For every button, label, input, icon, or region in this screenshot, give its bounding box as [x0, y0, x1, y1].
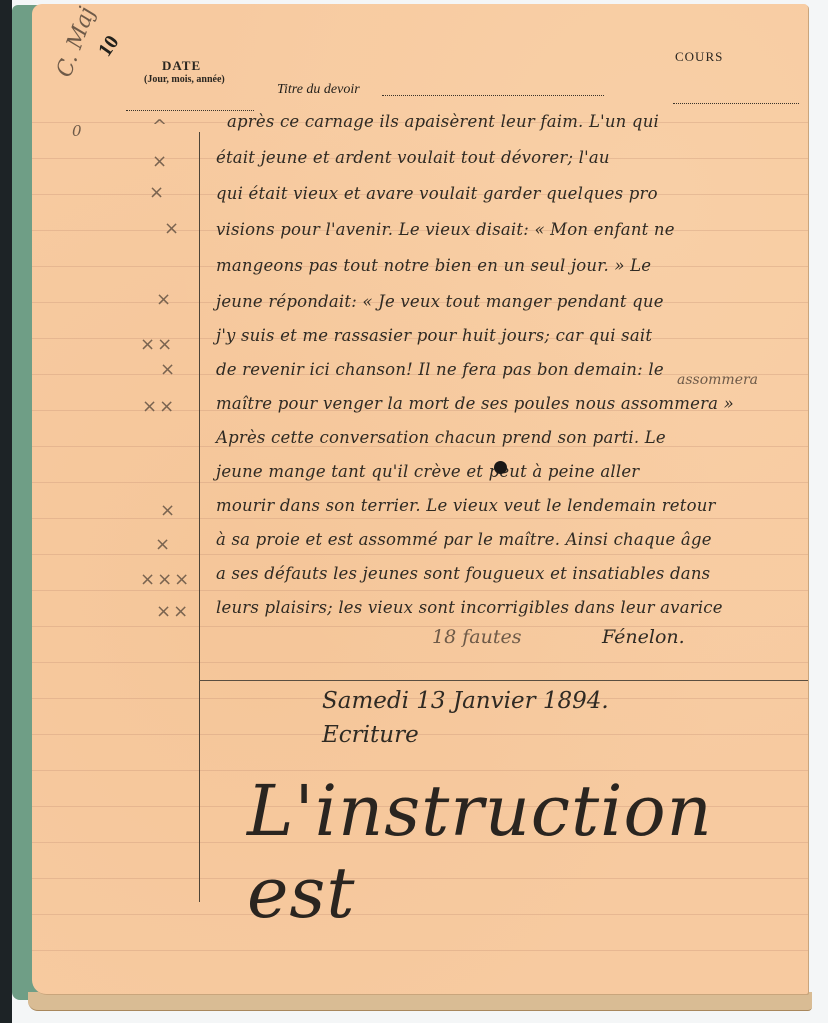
dictation-line: de revenir ici chanson! Il ne fera pas b… [216, 360, 664, 379]
error-mark: × [155, 534, 172, 555]
author-name: Fénelon. [602, 626, 685, 648]
exercise-date: Samedi 13 Janvier 1894. [322, 688, 609, 714]
dictation-line: jeune mange tant qu'il crève et peut à p… [216, 462, 639, 481]
page-number: 10 [94, 32, 124, 62]
error-mark: × [156, 289, 173, 310]
fault-count: 18 fautes [432, 626, 521, 648]
error-mark: × [149, 182, 166, 203]
date-sub-label: (Jour, mois, année) [144, 74, 225, 85]
dictation-line: visions pour l'avenir. Le vieux disait: … [216, 220, 675, 239]
error-mark: × [164, 218, 181, 239]
date-field-line [126, 110, 254, 111]
dictation-line: qui était vieux et avare voulait garder … [216, 184, 658, 203]
ink-blot [494, 461, 507, 474]
date-label: DATE [162, 58, 201, 74]
ruled-line [32, 626, 808, 627]
error-mark: ^ [152, 116, 169, 137]
dictation-line: était jeune et ardent voulait tout dévor… [216, 148, 610, 167]
dictation-line: à sa proie et est assommé par le maître.… [216, 530, 712, 549]
dictation-line: a ses défauts les jeunes sont fougueux e… [216, 564, 710, 583]
dictation-line: leurs plaisirs; les vieux sont incorrigi… [216, 598, 723, 617]
section-separator [199, 680, 808, 681]
error-mark: ×× [142, 396, 176, 417]
dictation-line: mourir dans son terrier. Le vieux veut l… [216, 496, 716, 515]
grade-zero: 0 [72, 122, 82, 140]
course-label: COURS [675, 49, 723, 65]
margin-line [199, 132, 200, 902]
error-mark: × [160, 359, 177, 380]
course-field-line [673, 103, 799, 104]
ruled-line [32, 554, 808, 555]
copy-text: L'instruction est [247, 770, 808, 934]
error-mark: ××× [140, 569, 191, 590]
error-mark: ×× [140, 334, 174, 355]
dictation-line: j'y suis et me rassasier pour huit jours… [216, 326, 652, 345]
error-mark: ×× [156, 601, 190, 622]
notebook-page: 10 DATE (Jour, mois, année) Titre du dev… [32, 4, 808, 994]
dictation-line: maître pour venger la mort de ses poules… [216, 394, 734, 413]
ruled-line [32, 518, 808, 519]
ruled-line [32, 662, 808, 663]
error-mark: × [160, 500, 177, 521]
scan-border [0, 0, 12, 1023]
ruled-line [32, 590, 808, 591]
dictation-line: jeune répondait: « Je veux tout manger p… [216, 292, 664, 311]
ruled-line [32, 950, 808, 951]
title-label: Titre du devoir [277, 82, 360, 98]
dictation-line: mangeons pas tout notre bien en un seul … [216, 256, 651, 275]
dictation-line: après ce carnage ils apaisèrent leur fai… [227, 112, 659, 131]
exercise-subject: Ecriture [322, 722, 419, 748]
page-stack-edge [28, 992, 812, 1011]
ruled-line [32, 734, 808, 735]
title-field-line [382, 95, 604, 96]
ruled-line [32, 482, 808, 483]
dictation-line: Après cette conversation chacun prend so… [216, 428, 666, 447]
error-mark: × [152, 151, 169, 172]
correction-note: assommera [677, 372, 758, 388]
teacher-initials: C. Maj [52, 4, 100, 81]
